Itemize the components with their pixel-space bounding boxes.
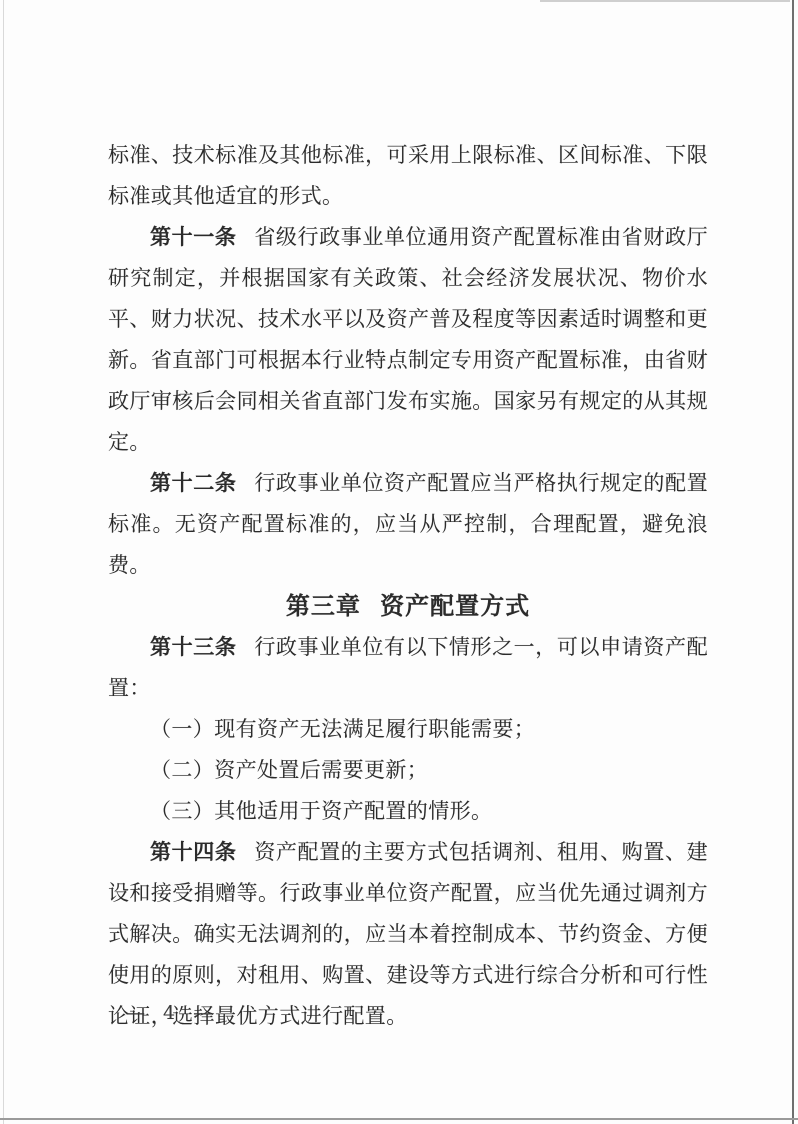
article-11-text: 省级行政事业单位通用资产配置标准由省财政厅研究制定，并根据国家有关政策、社会经济… (108, 225, 708, 454)
chapter-3-number: 第三章 (286, 592, 361, 620)
article-12-number: 第十二条 (150, 471, 236, 495)
article-14-number: 第十四条 (150, 840, 236, 864)
article-13: 第十三条行政事业单位有以下情形之一，可以申请资产配置： (108, 627, 708, 709)
chapter-3-title: 资产配置方式 (380, 592, 530, 620)
document-body: 标准、技术标准及其他标准，可采用上限标准、区间标准、下限标准或其他适宜的形式。 … (108, 135, 708, 1037)
chapter-3-heading: 第三章资产配置方式 (108, 586, 708, 627)
scan-edge-top (540, 0, 790, 2)
list-item-3: （三）其他适用于资产配置的情形。 (108, 791, 708, 832)
scan-edge-left (3, 0, 4, 1124)
scan-edge-right (792, 0, 794, 1124)
list-item-2: （二）资产处置后需要更新； (108, 750, 708, 791)
page-number: — 4 — (126, 1000, 214, 1026)
article-11: 第十一条省级行政事业单位通用资产配置标准由省财政厅研究制定，并根据国家有关政策、… (108, 217, 708, 463)
article-13-number: 第十三条 (150, 635, 236, 659)
paragraph-continuation: 标准、技术标准及其他标准，可采用上限标准、区间标准、下限标准或其他适宜的形式。 (108, 135, 708, 217)
scan-edge-bottom (0, 1118, 798, 1120)
article-12: 第十二条行政事业单位资产配置应当严格执行规定的配置标准。无资产配置标准的，应当从… (108, 463, 708, 586)
article-11-number: 第十一条 (150, 225, 236, 249)
list-item-1: （一）现有资产无法满足履行职能需要； (108, 709, 708, 750)
scanned-document-page: 标准、技术标准及其他标准，可采用上限标准、区间标准、下限标准或其他适宜的形式。 … (0, 0, 798, 1124)
